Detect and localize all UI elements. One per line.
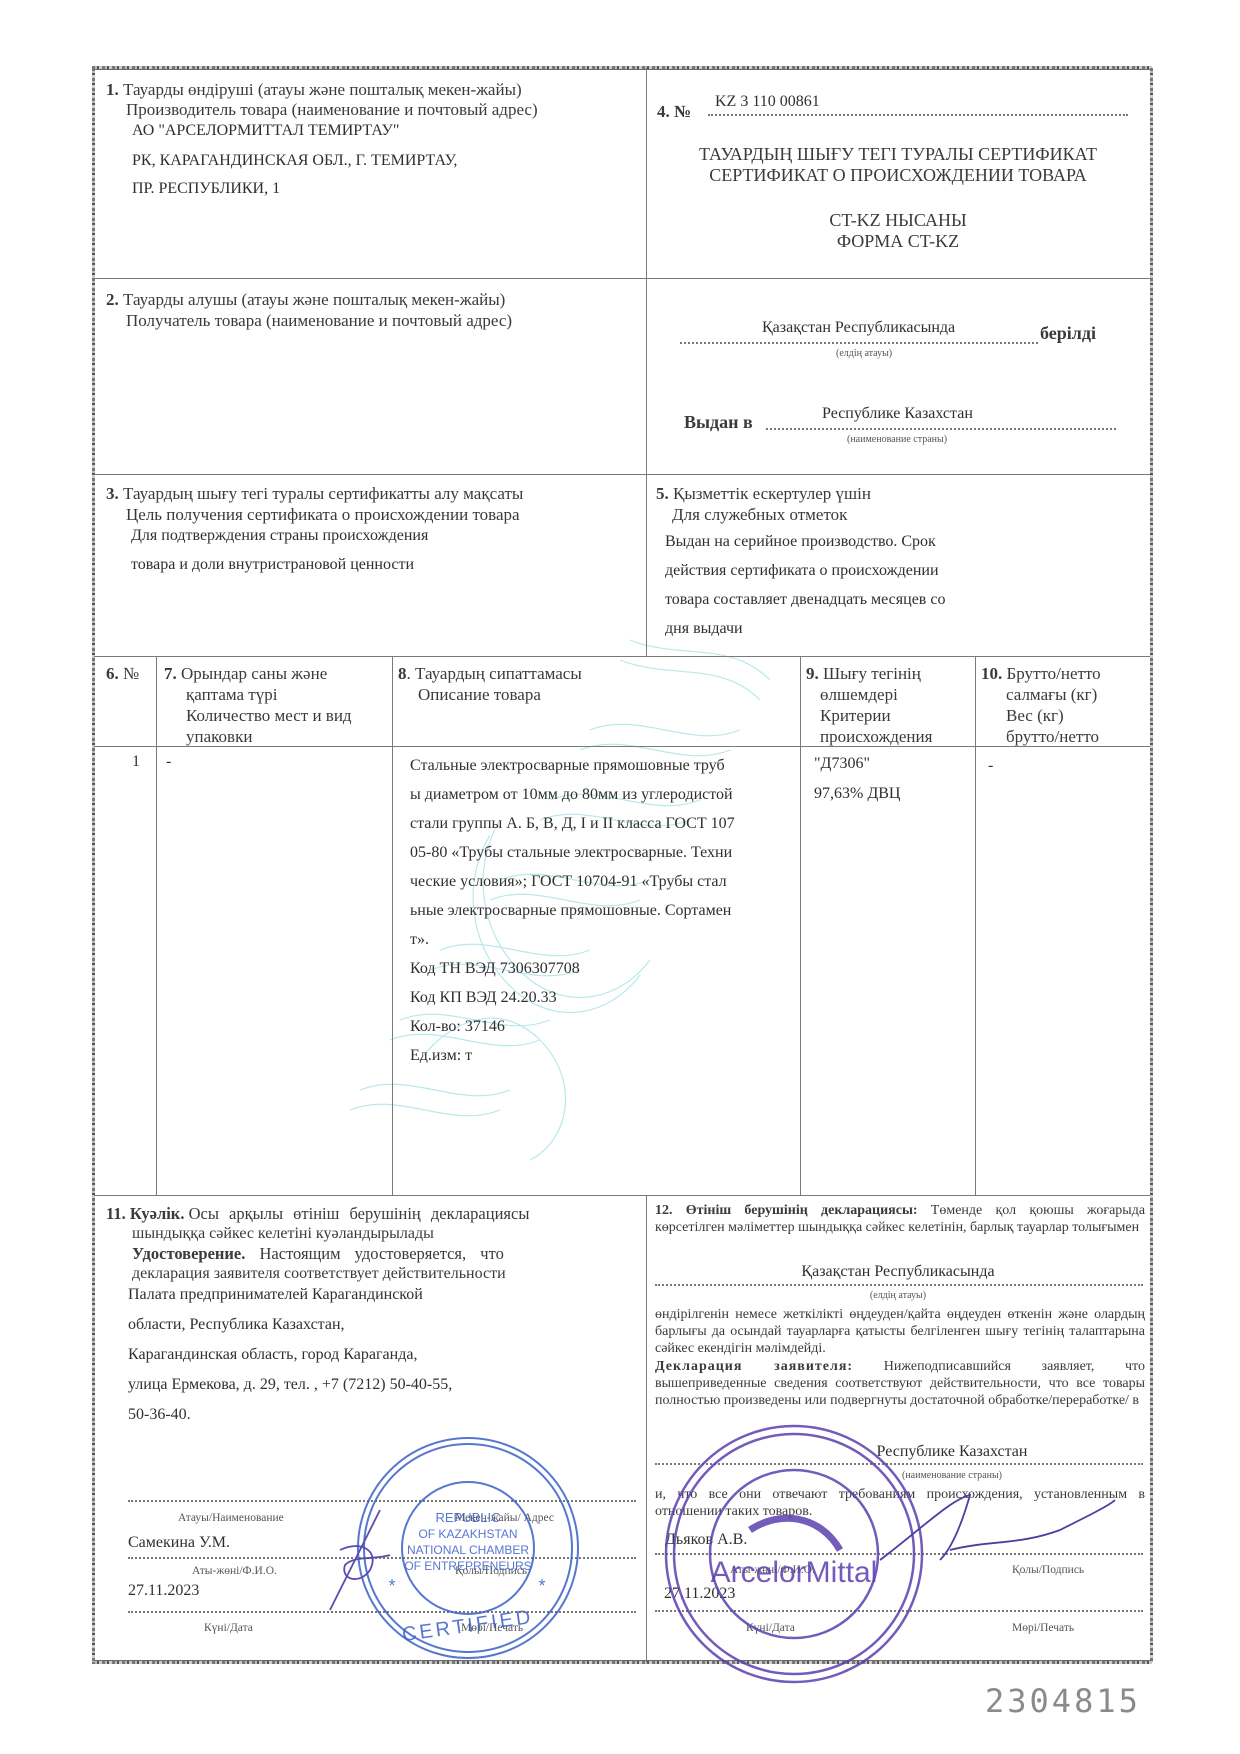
box12-title-kz: Өтініш берушінің декларациясы: — [686, 1203, 918, 1218]
box12-text-ru-2: и, что все они отвечают требованиям прои… — [655, 1486, 1145, 1520]
applicant-seal-caption: Мөрі/Печать — [1012, 1618, 1074, 1638]
box5-number: 5. — [656, 484, 669, 503]
frame-border-right — [1150, 68, 1153, 1662]
date-dotline — [128, 1611, 636, 1613]
origin-criterion-code: "Д7306" — [814, 750, 870, 778]
col10-label-1: Брутто/нетто — [1007, 664, 1101, 683]
divider-row2 — [94, 474, 1150, 475]
col6-number: 6. — [106, 664, 119, 683]
col7-label-1: Орындар саны және — [181, 664, 327, 683]
box12-title-ru: Декларация заявителя: — [655, 1359, 853, 1374]
certifier-date-caption: Күні/Дата — [204, 1618, 253, 1638]
applicant-name: Дьяков А.В. — [665, 1530, 747, 1550]
box2-label-kz: Тауарды алушы (атауы және пошталық мекен… — [123, 290, 505, 309]
box3-label-kz: Тауардың шығу тегі туралы сертификатты а… — [123, 484, 523, 503]
col10-label-4: брутто/нетто — [1006, 727, 1099, 747]
frame-border-bottom — [92, 1661, 1152, 1664]
certification-date: 27.11.2023 — [128, 1581, 199, 1601]
divider-row4 — [94, 1195, 1150, 1196]
cert-number-dotline — [708, 114, 1128, 116]
box5-label-ru: Для служебных отметок — [672, 505, 847, 525]
description-line: т». — [410, 926, 429, 954]
certifier-name: Самекина У.М. — [128, 1533, 230, 1553]
address-caption: Мекен-жайы/ Адрес — [455, 1508, 554, 1528]
frame-border-left — [92, 68, 95, 1662]
col9-label-4: происхождения — [820, 727, 932, 747]
producer-name: АО "АРСЕЛОРМИТТАЛ ТЕМИРТАУ" — [132, 121, 399, 141]
certifier-fio-caption: Аты-жөні/Ф.И.О. — [192, 1561, 277, 1581]
divider-row3 — [94, 656, 1150, 657]
box5-label-kz: Қызметтік ескертулер үшін — [673, 484, 871, 503]
box12-text-kz-2: өндірілгенін немесе жеткілікті өңдеуден/… — [655, 1306, 1145, 1357]
form-ru: ФОРМА CT-KZ — [646, 231, 1150, 251]
issued-suffix-kz: берілді — [1040, 323, 1096, 343]
box2-number: 2. — [106, 290, 119, 309]
box1-label-ru: Производитель товара (наименование и поч… — [126, 100, 538, 120]
description-line: ческие условия»; ГОСТ 10704-91 «Трубы ст… — [410, 868, 727, 896]
purpose-line-2: товара и доли внутристрановой ценности — [131, 555, 414, 575]
applicant-date-caption: Күні/Дата — [746, 1618, 795, 1638]
authority-line-2: области, Республика Казахстан, — [128, 1315, 345, 1335]
row-packages: - — [166, 748, 171, 776]
issued-country-ru: Республике Казахстан — [822, 404, 973, 424]
applicant-fio-dotline — [655, 1553, 1143, 1555]
frame-border-top — [92, 66, 1152, 69]
box11-number: 11. — [106, 1204, 126, 1223]
description-line: ы диаметром от 10мм до 80мм из углеродис… — [410, 781, 733, 809]
authority-line-4: улица Ермекова, д. 29, тел. , +7 (7212) … — [128, 1375, 452, 1395]
col8-number: 8 — [398, 664, 407, 683]
box3-number: 3. — [106, 484, 119, 503]
authority-line-1: Палата предпринимателей Карагандинской — [128, 1285, 423, 1305]
certifier-signature-caption: Қолы/Подпись — [455, 1561, 527, 1581]
col10-label-2: салмағы (кг) — [1006, 685, 1097, 705]
col9-number: 9. — [806, 664, 819, 683]
col7-number: 7. — [164, 664, 177, 683]
issued-country-kz: Қазақстан Республикасында — [762, 318, 955, 338]
title-ru: СЕРТИФИКАТ О ПРОИСХОЖДЕНИИ ТОВАРА — [646, 165, 1150, 185]
col9-label-3: Критерии — [820, 706, 891, 726]
title-kz: ТАУАРДЫҢ ШЫҒУ ТЕГІ ТУРАЛЫ СЕРТИФИКАТ — [646, 144, 1150, 164]
certificate-number: KZ 3 110 00861 — [715, 92, 820, 112]
divider-col-7 — [392, 656, 393, 1195]
notes-line-3: товара составляет двенадцать месяцев со — [665, 590, 945, 610]
row-number: 1 — [132, 748, 140, 776]
applicant-signature-caption: Қолы/Подпись — [1012, 1560, 1084, 1580]
box1-label-kz: Тауарды өндіруші (атауы және пошталық ме… — [123, 80, 522, 99]
description-line: ьные электросварные прямошовные. Сортаме… — [410, 897, 731, 925]
col9-label-1: Шығу тегінің — [823, 664, 921, 683]
notes-line-2: действия сертификата о происхождении — [665, 561, 939, 581]
quantity: Кол-во: 37146 — [410, 1013, 505, 1041]
box1-number: 1. — [106, 80, 119, 99]
divider-col-8 — [800, 656, 801, 1195]
description-line: стали группы А. Б, В, Д, I и II класса Г… — [410, 810, 735, 838]
divider-col-6 — [156, 656, 157, 1195]
declaration-caption-ru: (наименование страны) — [700, 1466, 1204, 1486]
authority-line-3: Карагандинская область, город Караганда, — [128, 1345, 417, 1365]
box11-text-kz-1: Осы арқылы өтініш берушінің декларациясы — [189, 1204, 530, 1223]
producer-address-2: ПР. РЕСПУБЛИКИ, 1 — [132, 179, 280, 199]
col10-number: 10. — [981, 664, 1002, 683]
name-dotline — [128, 1500, 636, 1502]
declaration-ru-dotline — [655, 1463, 1143, 1465]
issued-caption-kz: (елдің атауы) — [836, 344, 892, 364]
box11-text-ru-2: декларация заявителя соответствует дейст… — [132, 1264, 506, 1284]
box2-label-ru: Получатель товара (наименование и почтов… — [126, 311, 512, 331]
description-line: 05-80 «Трубы стальные электросварные. Те… — [410, 839, 732, 867]
row-weight: - — [988, 752, 993, 780]
kp-ved-code: Код КП ВЭД 24.20.33 — [410, 984, 557, 1012]
box12-number: 12. — [655, 1203, 673, 1218]
applicant-date: 27.11.2023 — [664, 1584, 735, 1604]
declaration-country-kz: Қазақстан Республикасында — [646, 1262, 1150, 1282]
notes-line-1: Выдан на серийное производство. Срок — [665, 532, 936, 552]
declaration-caption-kz: (елдің атауы) — [646, 1286, 1150, 1306]
declaration-country-ru: Республике Казахстан — [700, 1442, 1204, 1462]
issued-prefix-ru: Выдан в — [684, 412, 753, 432]
col8-label-1: . Тауардың сипаттамасы — [407, 664, 582, 683]
box11-title-ru: Удостоверение. — [132, 1244, 245, 1263]
applicant-date-dotline — [655, 1610, 1143, 1612]
cert-number-label: 4. № — [657, 102, 691, 121]
col9-label-2: өлшемдері — [820, 685, 898, 705]
box3-label-ru: Цель получения сертификата о происхожден… — [126, 505, 520, 525]
unit-of-measure: Ед.изм: т — [410, 1042, 472, 1070]
col10-label-3: Вес (кг) — [1006, 706, 1064, 726]
fio-dotline — [128, 1557, 636, 1559]
applicant-fio-caption: Аты-жөні/Ф.И.О. — [730, 1560, 815, 1580]
col7-label-4: упаковки — [186, 727, 252, 747]
description-line: Стальные электросварные прямошовные труб — [410, 752, 725, 780]
document-serial-number: 2304815 — [985, 1682, 1141, 1720]
name-caption: Атауы/Наименование — [178, 1508, 284, 1528]
notes-line-4: дня выдачи — [665, 619, 743, 639]
producer-address-1: РК, КАРАГАНДИНСКАЯ ОБЛ., Г. ТЕМИРТАУ, — [132, 151, 457, 171]
purpose-line-1: Для подтверждения страны происхождения — [131, 526, 428, 546]
authority-line-5: 50-36-40. — [128, 1405, 191, 1425]
col6-label: № — [123, 664, 139, 683]
box11-text-ru-1: Настоящим удостоверяется, что — [260, 1244, 504, 1263]
divider-row1 — [94, 278, 1150, 279]
col8-label-2: Описание товара — [418, 685, 541, 705]
origin-criterion-value: 97,63% ДВЦ — [814, 780, 900, 808]
col7-label-2: қаптама түрі — [186, 685, 277, 705]
col7-label-3: Количество мест и вид — [186, 706, 352, 726]
issued-caption-ru: (наименование страны) — [847, 430, 947, 450]
certifier-seal-caption: Мөрі/Печать — [461, 1618, 523, 1638]
box11-text-kz-2: шындыққа сәйкес келетіні куәландырылады — [132, 1224, 434, 1244]
hs-code: Код ТН ВЭД 7306307708 — [410, 955, 580, 983]
divider-col-9 — [975, 656, 976, 1195]
box11-title-kz: Куәлік. — [130, 1204, 185, 1223]
form-kz: CT-KZ НЫСАНЫ — [646, 210, 1150, 230]
